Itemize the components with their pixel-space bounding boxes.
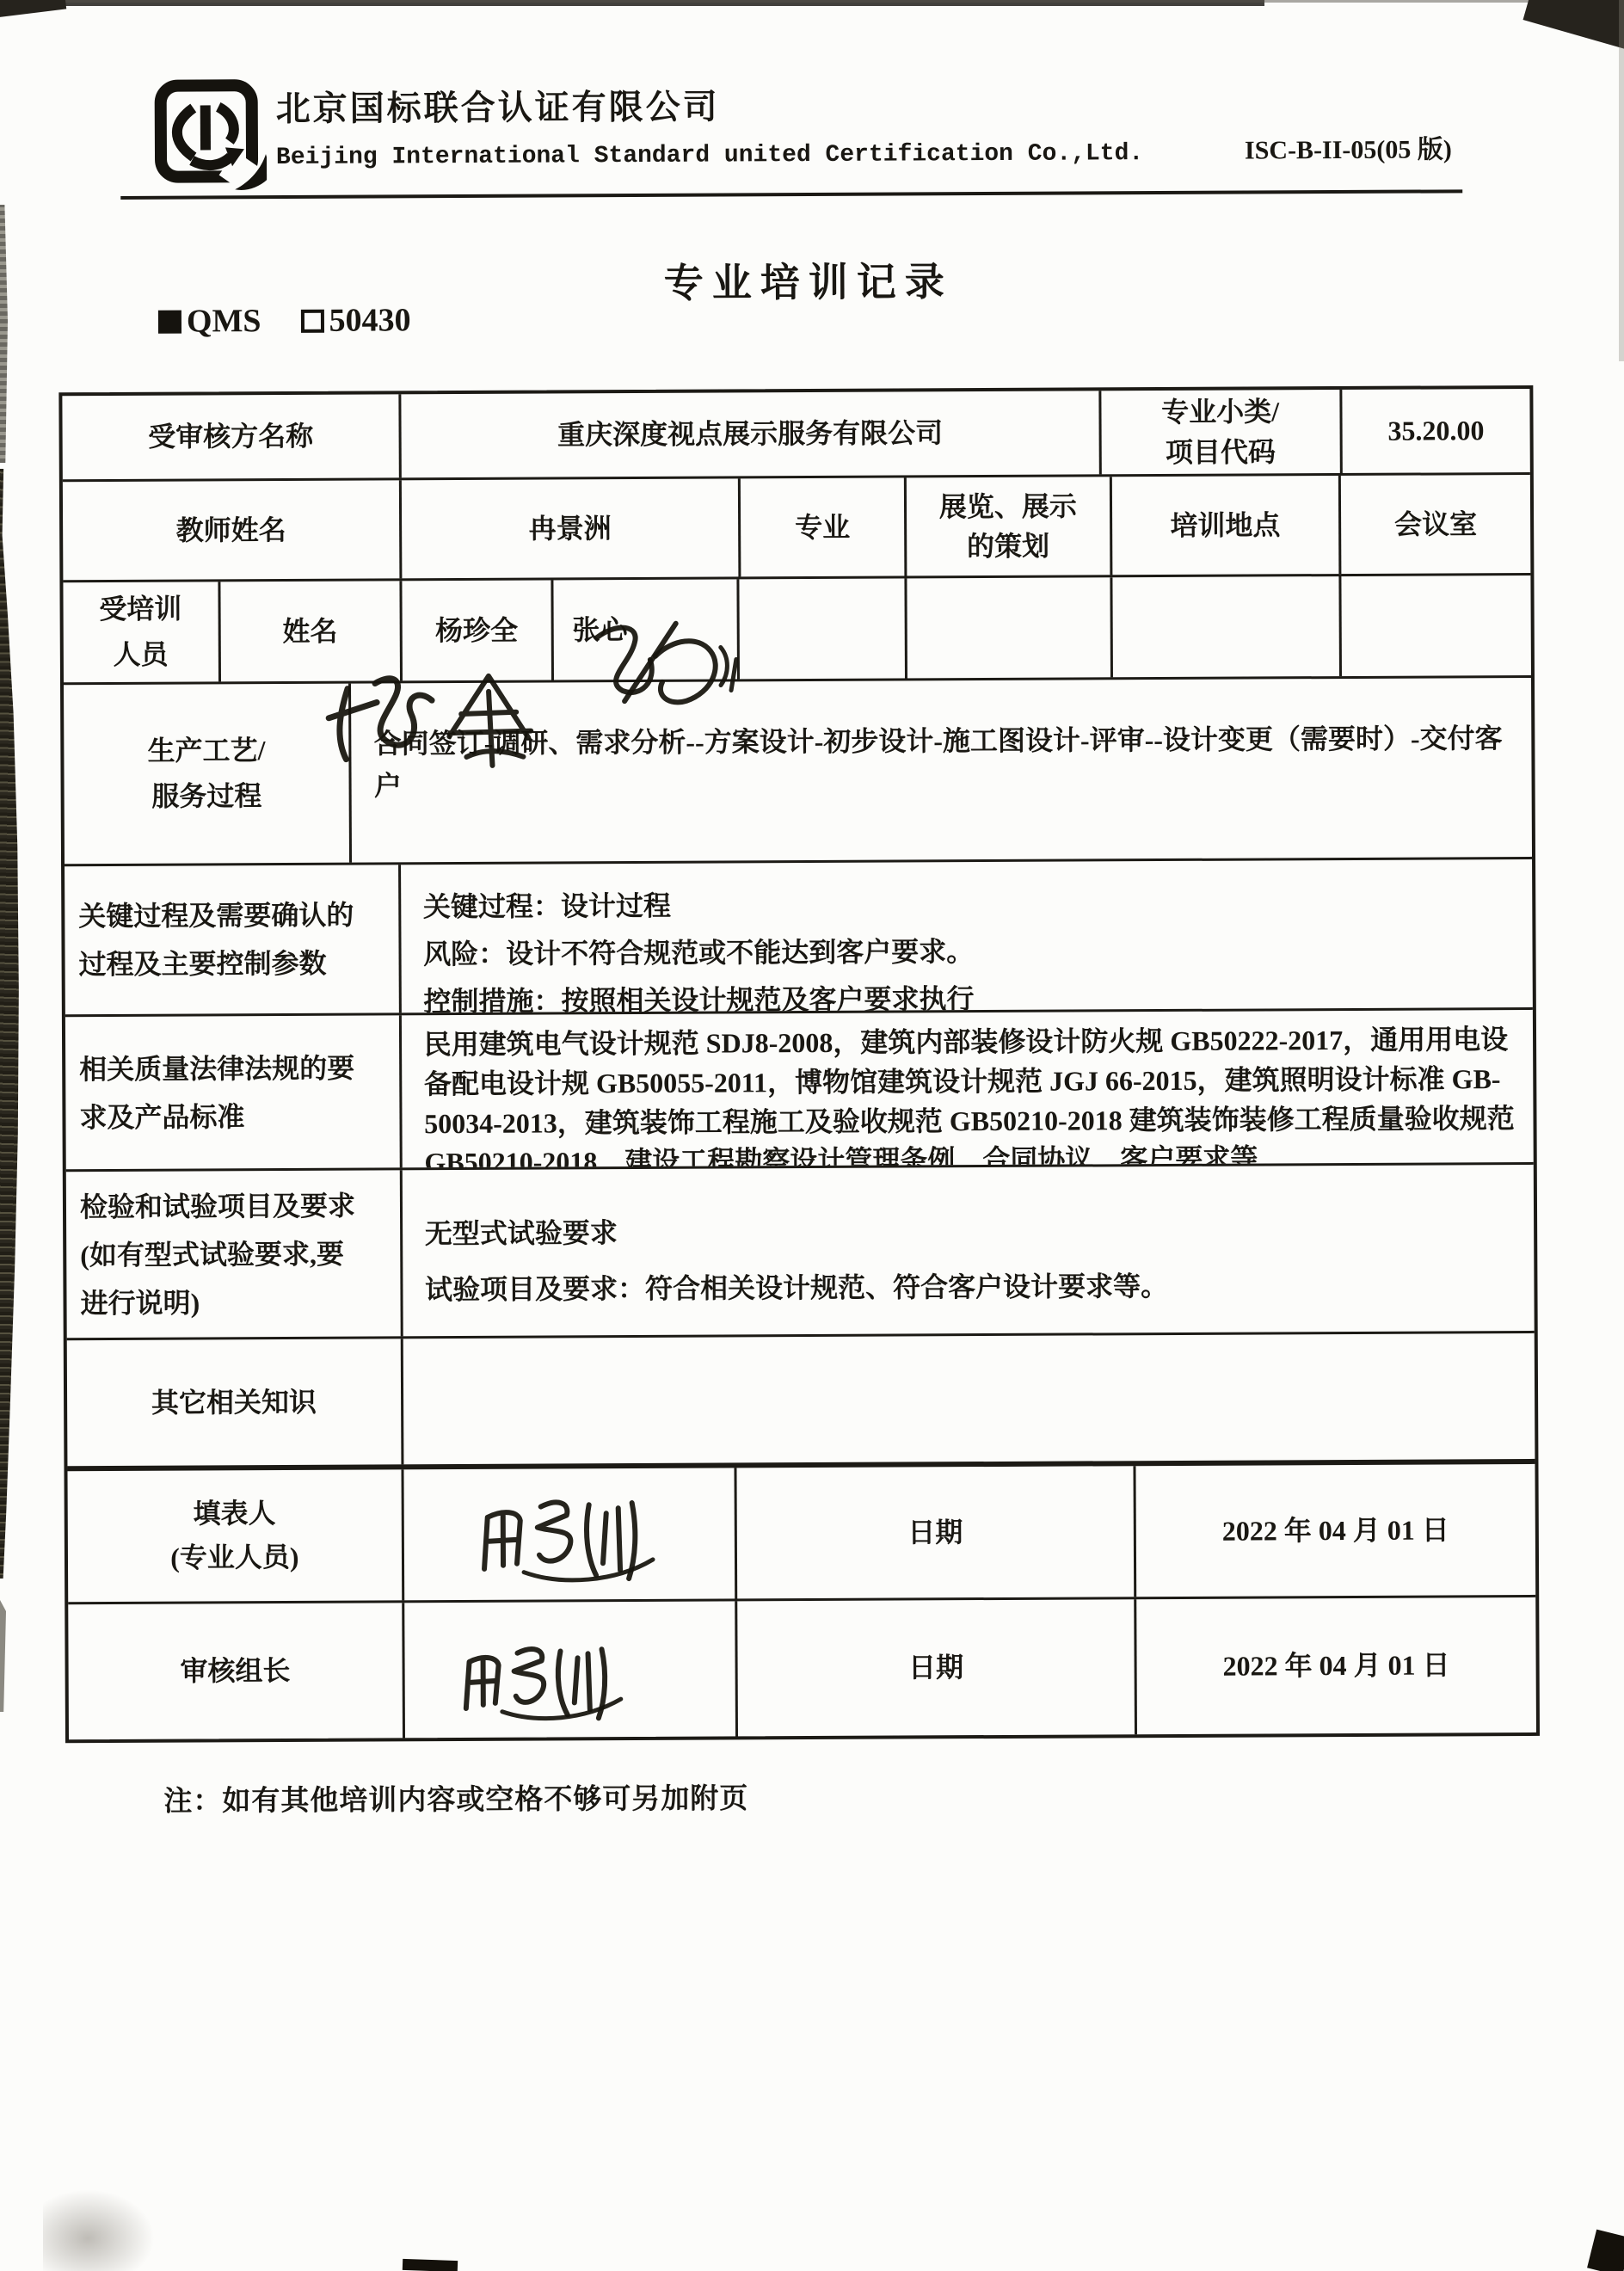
row-regulations: 相关质量法律法规的要 求及产品标准 民用建筑电气设计规范 SDJ8-2008，建… [65, 1010, 1534, 1172]
trainee-name-2: 张心 [553, 579, 740, 680]
teacher-name-value: 冉景洲 [402, 478, 741, 578]
row-teacher: 教师姓名 冉景洲 专业 展览、展示 的策划 培训地点 会议室 [63, 475, 1531, 582]
auditor-signature-cell [404, 1601, 738, 1738]
process-value: 合同签订-调研、需求分析--方案设计-初步设计-施工图设计-评审--设计变更（需… [351, 678, 1532, 863]
qms-checkbox-checked-icon [158, 310, 181, 333]
row-process: 生产工艺/ 服务过程 合同签订-调研、需求分析--方案设计-初步设计-施工图设计… [64, 678, 1532, 866]
regulations-label: 相关质量法律法规的要 求及产品标准 [65, 1015, 403, 1169]
row-inspection: 检验和试验项目及要求 (如有型式试验要求,要 进行说明) 无型式试验要求 试验项… [66, 1165, 1535, 1340]
header-company-block: 北京国标联合认证有限公司 Beijing International Stand… [276, 77, 1144, 171]
major-value: 展览、展示 的策划 [907, 477, 1112, 575]
preparer-date-label: 日期 [736, 1466, 1136, 1598]
row-preparer: 填表人 (专业人员) 日期 2022 年 04 月 01 日 [67, 1464, 1535, 1604]
row-trainees: 受培训 人员 姓名 杨珍全 张心 [63, 575, 1531, 685]
code-checkbox-unchecked-icon [300, 309, 323, 332]
key-process-value: 关键过程：设计过程 风险：设计不符合规范或不能达到客户要求。 控制措施：按照相关… [401, 859, 1533, 1012]
scanned-training-record-page: 北京国标联合认证有限公司 Beijing International Stand… [0, 0, 1624, 2271]
other-knowledge-label: 其它相关知识 [67, 1339, 403, 1466]
training-location-value: 会议室 [1341, 475, 1531, 574]
subcategory-code-value: 35.20.00 [1342, 389, 1530, 473]
row-auditor: 审核组长 日期 2022 年 04 月 01 日 [68, 1597, 1536, 1739]
preparer-label: 填表人 (专业人员) [67, 1469, 403, 1602]
trainee-name-cell-empty-4 [1341, 575, 1531, 676]
scheme-checkboxes: QMS 50430 [158, 301, 411, 340]
inspection-label: 检验和试验项目及要求 (如有型式试验要求,要 进行说明) [66, 1170, 403, 1338]
company-name-en: Beijing International Standard united Ce… [276, 140, 1143, 171]
row-key-process: 关键过程及需要确认的 过程及主要控制参数 关键过程：设计过程 风险：设计不符合规… [65, 859, 1533, 1017]
row-auditee: 受审核方名称 重庆深度视点展示服务有限公司 专业小类/ 项目代码 35.20.0… [62, 389, 1529, 482]
header-divider [120, 189, 1462, 200]
other-knowledge-value [403, 1333, 1535, 1464]
key-process-label: 关键过程及需要确认的 过程及主要控制参数 [65, 865, 402, 1014]
training-record-table: 受审核方名称 重庆深度视点展示服务有限公司 专业小类/ 项目代码 35.20.0… [58, 385, 1540, 1743]
trainee-name-cell-empty-2 [907, 577, 1112, 678]
qms-label: QMS [187, 302, 261, 340]
trainees-label: 受培训 人员 [63, 582, 220, 682]
document-sheet: 北京国标联合认证有限公司 Beijing International Stand… [0, 0, 1624, 2271]
company-name-cn: 北京国标联合认证有限公司 [276, 77, 1143, 131]
preparer-date-value: 2022 年 04 月 01 日 [1135, 1464, 1535, 1597]
trainee-name-cell-empty-1 [740, 578, 907, 679]
process-label: 生产工艺/ 服务过程 [64, 684, 352, 865]
trainee-name-header: 姓名 [220, 581, 403, 681]
auditor-label: 审核组长 [68, 1603, 404, 1739]
trainee-name-cell-empty-3 [1112, 576, 1342, 677]
auditee-name-value: 重庆深度视点展示服务有限公司 [401, 391, 1101, 477]
preparer-signature-cell [403, 1468, 737, 1600]
auditor-date-label: 日期 [737, 1599, 1137, 1736]
teacher-name-label: 教师姓名 [63, 480, 403, 580]
inspection-value: 无型式试验要求 试验项目及要求：符合相关设计规范、符合客户设计要求等。 [402, 1165, 1534, 1336]
training-location-label: 培训地点 [1112, 476, 1342, 575]
footer-note: 注：如有其他培训内容或空格不够可另加附页 [163, 1776, 748, 1819]
subcategory-code-label: 专业小类/ 项目代码 [1101, 390, 1342, 474]
trainee-name-1: 杨珍全 [402, 580, 553, 680]
certification-logo-icon [153, 77, 268, 198]
document-code: ISC-B-II-05(05 版) [1245, 127, 1452, 166]
auditee-name-label: 受审核方名称 [62, 394, 402, 479]
auditor-date-value: 2022 年 04 月 01 日 [1136, 1597, 1536, 1734]
major-label: 专业 [741, 477, 907, 576]
regulations-value: 民用建筑电气设计规范 SDJ8-2008，建筑内部装修设计防火规 GB50222… [402, 1010, 1534, 1167]
scheme-code-label: 50430 [329, 301, 410, 339]
row-other-knowledge: 其它相关知识 [67, 1333, 1535, 1471]
